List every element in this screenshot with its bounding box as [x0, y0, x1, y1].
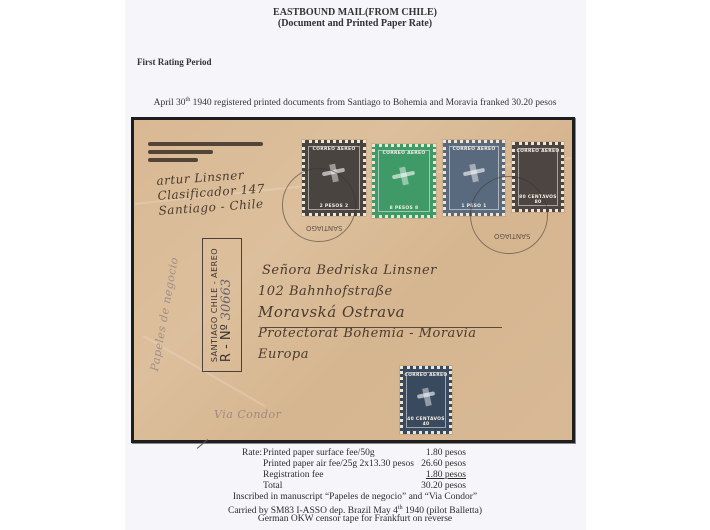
stamp-value: 8 PESOS 8: [375, 206, 433, 211]
postmark: [470, 176, 548, 254]
struck-out-text: [148, 150, 213, 154]
registration-label: SANTIAGO CHILE - AEREO R - Nº30663: [202, 238, 242, 372]
rate-item: Registration fee: [263, 470, 323, 481]
page-subtitle: (Document and Printed Paper Rate): [0, 18, 710, 30]
struck-out-text: [148, 158, 198, 162]
registration-prefix: R - Nº: [219, 324, 234, 362]
stamp-header: CORREO AEREO: [375, 151, 433, 156]
stamp-header: CORREO AEREO: [305, 147, 363, 152]
stamp-40-centavos: CORREO AEREO 40 CENTAVOS 40: [400, 366, 452, 434]
caption-text: April 30: [154, 98, 186, 108]
registration-number: 30663: [219, 279, 234, 320]
addressee-line: Moravská Ostrava: [258, 302, 477, 323]
cover-envelope: artur Linsner Clasificador 147 Santiago …: [131, 117, 575, 443]
rate-amount: 26.60 pesos: [386, 459, 466, 470]
note-inscribed: Inscribed in manuscript “Papeles de nego…: [0, 492, 710, 503]
rate-amount: 1.80 pesos: [386, 448, 466, 459]
addressee-line: Europa: [258, 344, 477, 365]
rate-item: Printed paper surface fee/50g: [263, 448, 375, 459]
stamp-value: 40 CENTAVOS 40: [403, 417, 449, 427]
postmark-text: SANTIAGO: [306, 224, 343, 232]
struck-out-text: [148, 142, 263, 146]
rate-total: 30.20 pesos: [386, 481, 466, 492]
postmark-text: SANTIAGO: [494, 232, 531, 240]
addressee-line: 102 Bahnhofstraße: [258, 281, 477, 302]
registration-office: SANTIAGO CHILE - AEREO: [210, 248, 219, 362]
manuscript-note: Via Condor: [214, 408, 281, 421]
address-underline: [262, 327, 502, 328]
addressee-address: Señora Bedriska Linsner 102 Bahnhofstraß…: [258, 260, 477, 365]
section-heading: First Rating Period: [137, 57, 212, 67]
stamp-header: CORREO AEREO: [515, 149, 561, 154]
caption-text-rest: 1940 registered printed documents from S…: [190, 98, 556, 108]
stamp-header: CORREO AEREO: [403, 373, 449, 378]
rate-amount-text: 1.80 pesos: [426, 470, 466, 480]
rate-item: Total: [263, 481, 282, 492]
rate-amount: 1.80 pesos: [386, 470, 466, 481]
stamp-header: CORREO AEREO: [446, 147, 502, 152]
cover-caption: April 30th 1940 registered printed docum…: [0, 97, 710, 108]
sender-address: artur Linsner Clasificador 147 Santiago …: [156, 166, 267, 218]
addressee-line: Señora Bedriska Linsner: [262, 260, 477, 281]
note-censor: German OKW censor tape for Frankfurt on …: [0, 514, 710, 525]
stamp-8-pesos: CORREO AEREO 8 PESOS 8: [372, 144, 436, 218]
rate-label: Rate:: [242, 448, 262, 459]
